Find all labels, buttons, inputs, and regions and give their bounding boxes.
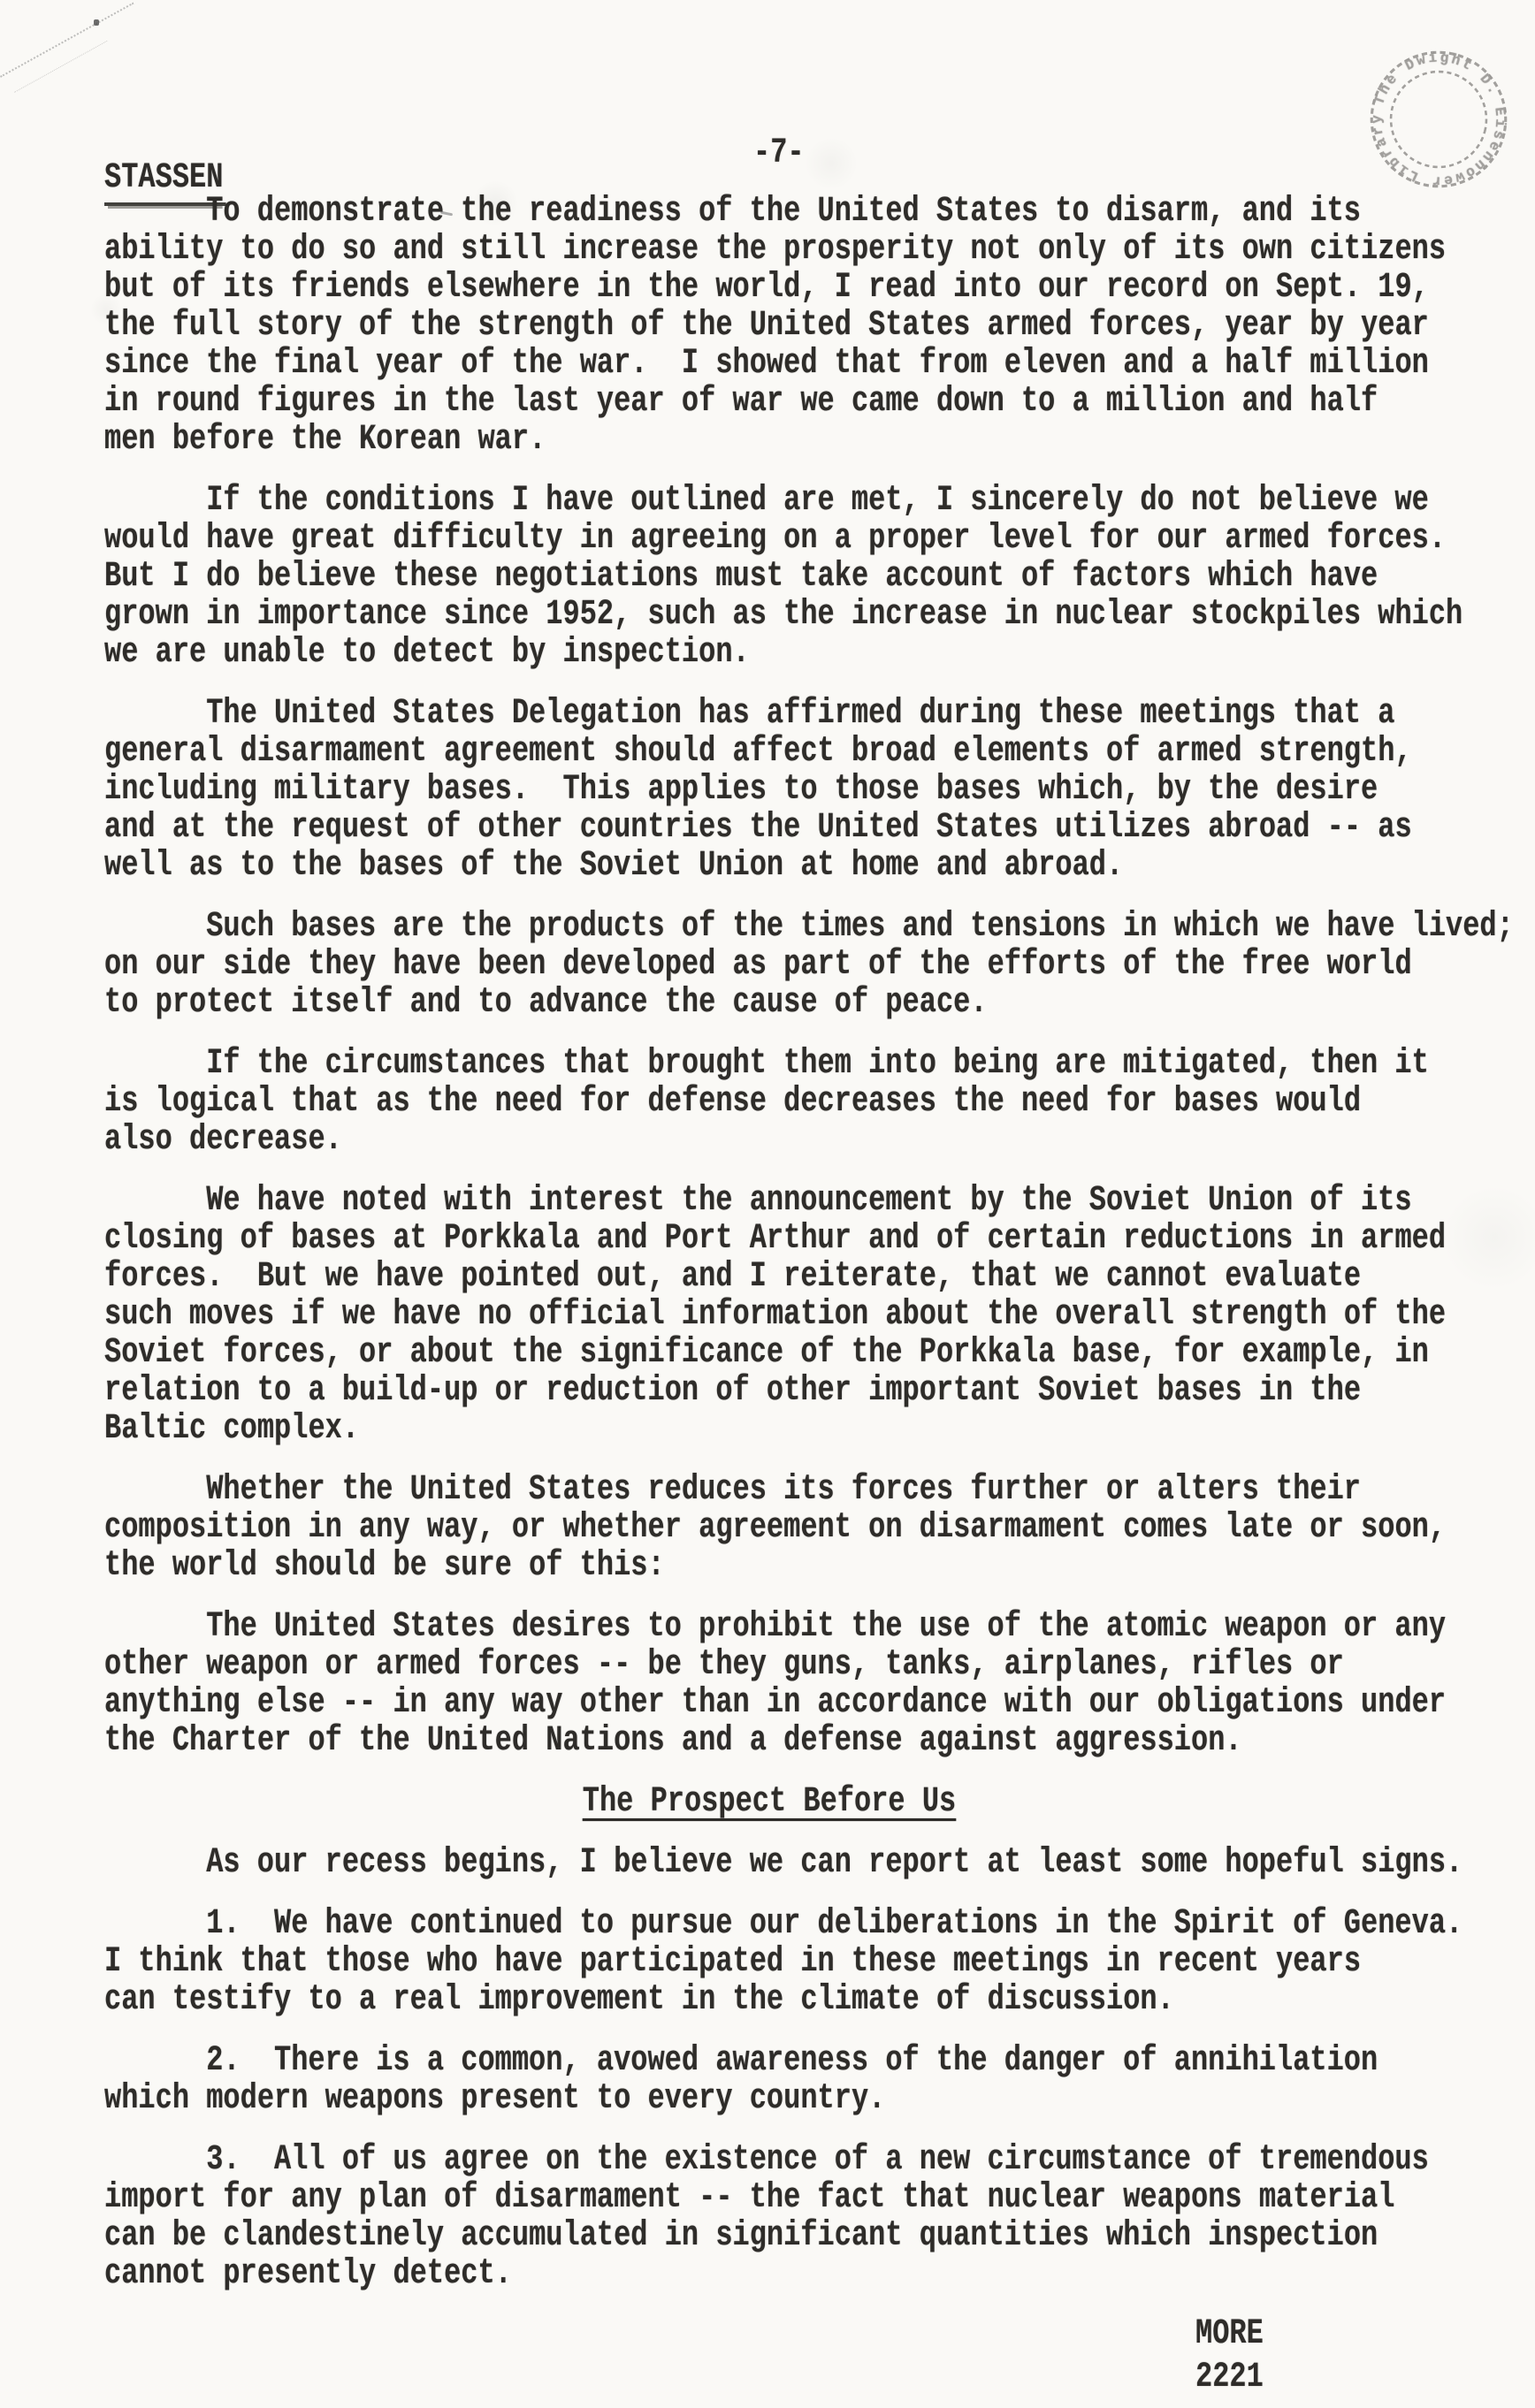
paragraph: Such bases are the products of the times… <box>104 908 1448 1022</box>
paragraph: If the circumstances that brought them i… <box>104 1045 1448 1159</box>
stamp-text: The Dwight D. Eisenhower Library <box>1365 46 1512 193</box>
paragraph: We have noted with interest the announce… <box>104 1182 1448 1448</box>
numbered-paragraph: 2. There is a common, avowed awareness o… <box>104 2042 1448 2118</box>
paragraph: Whether the United States reduces its fo… <box>104 1471 1448 1585</box>
paragraph: The United States desires to prohibit th… <box>104 1608 1448 1760</box>
scan-speck-artifact <box>94 19 99 26</box>
numbered-paragraph: 1. We have continued to pursue our delib… <box>104 1905 1448 2019</box>
paragraph: As our recess begins, I believe we can r… <box>104 1844 1448 1882</box>
paragraph: The United States Delegation has affirme… <box>104 695 1448 885</box>
stamp-outer-ring <box>1365 46 1512 193</box>
document-page: STASSEN -7- The Dwight D. Eisenhower Lib… <box>0 0 1535 2408</box>
numbered-paragraph: 3. All of us agree on the existence of a… <box>104 2141 1448 2293</box>
release-number: 2221 <box>1195 2356 1264 2399</box>
page-footer: MORE 2221 <box>1195 2313 1280 2399</box>
section-heading: The Prospect Before Us <box>104 1783 1434 1821</box>
paragraph: If the conditions I have outlined are me… <box>104 482 1448 672</box>
document-body: To demonstrate the readiness of the Unit… <box>104 193 1535 2316</box>
eisenhower-library-stamp-icon: The Dwight D. Eisenhower Library <box>1365 46 1512 193</box>
more-indicator: MORE <box>1195 2313 1264 2356</box>
paragraph: To demonstrate the readiness of the Unit… <box>104 193 1448 459</box>
scan-streak-artifact <box>14 41 107 93</box>
scan-streak-artifact <box>0 3 134 78</box>
page-number: -7- <box>753 134 805 172</box>
